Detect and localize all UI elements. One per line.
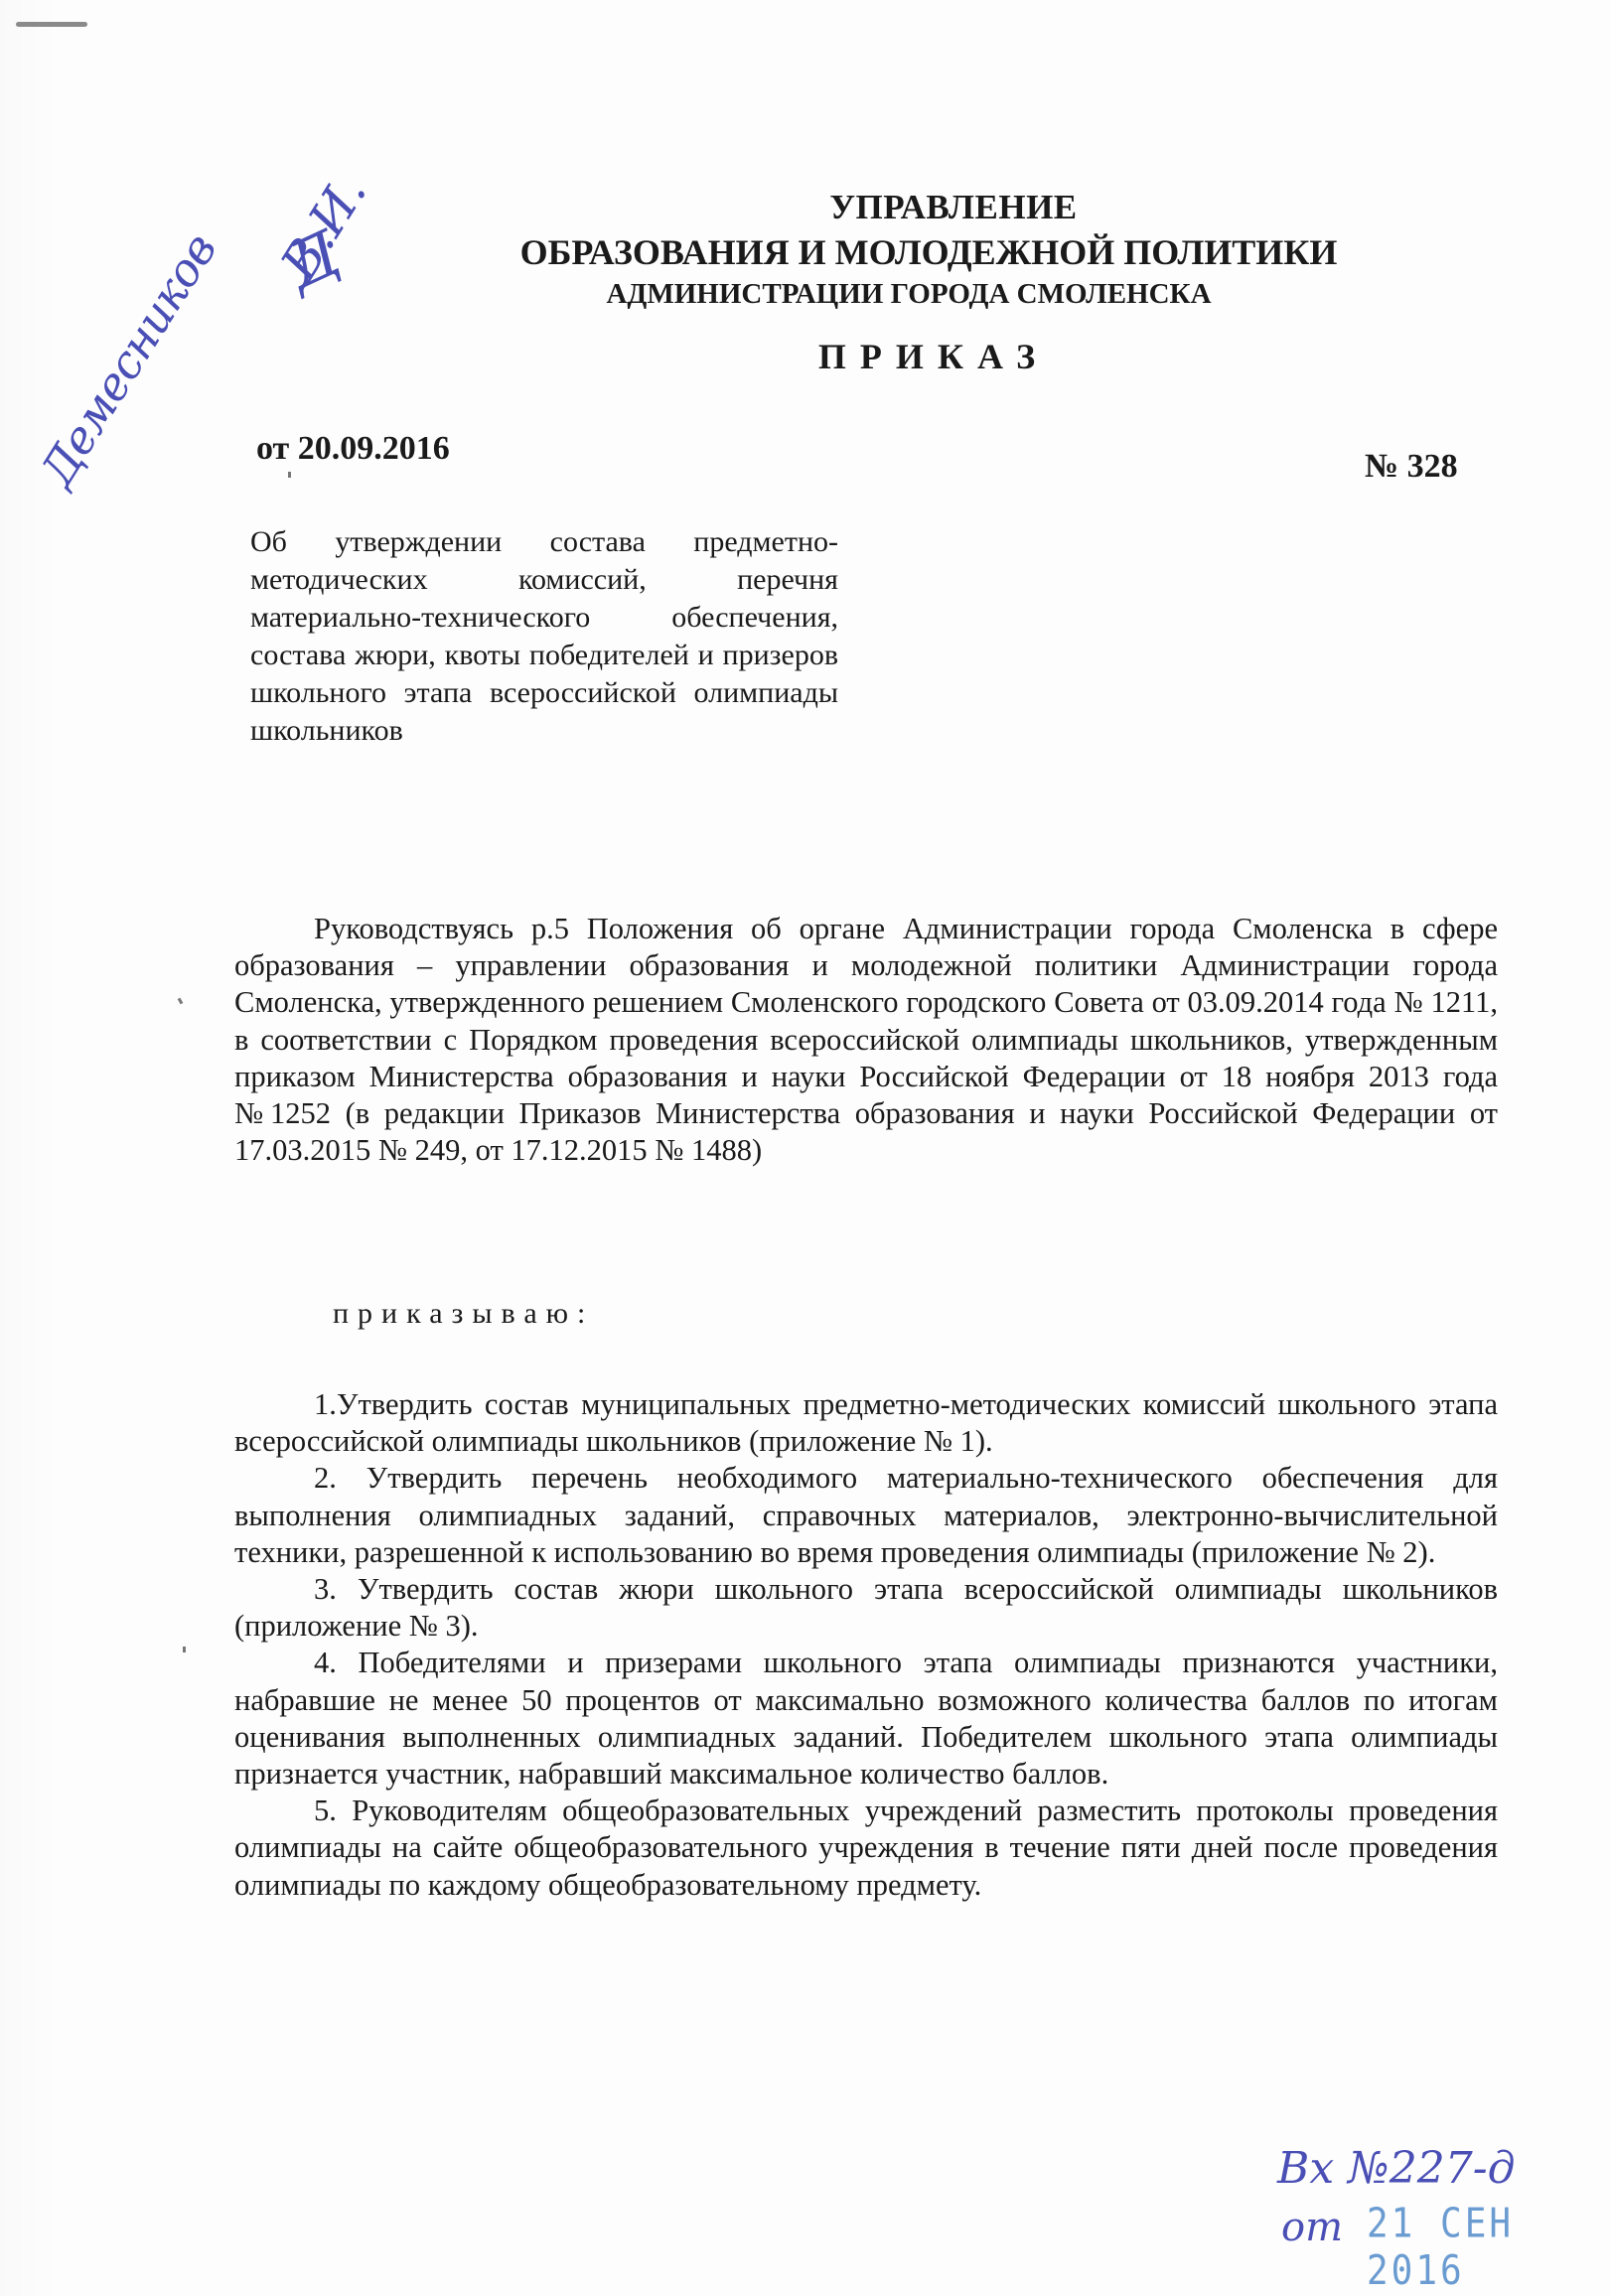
handwritten-incoming-number: Вх №227-д [1277, 2143, 1516, 2194]
order-item: 1.Утвердить состав муниципальных предмет… [234, 1386, 1498, 1460]
header-department: УПРАВЛЕНИЕ [397, 185, 1390, 230]
scan-speck [178, 998, 184, 1005]
order-item: 4. Победителями и призерами школьного эт… [234, 1645, 1498, 1793]
header-administration: АДМИНИСТРАЦИИ ГОРОДА СМОЛЕНСКА [397, 274, 1390, 314]
header-department-scope: ОБРАЗОВАНИЯ И МОЛОДЕЖНОЙ ПОЛИТИКИ [397, 230, 1390, 274]
handwritten-resolution-name: Демесников [30, 224, 226, 496]
handwritten-from-label: от [1281, 2205, 1343, 2250]
order-date: от 20.09.2016 [256, 430, 450, 468]
decree-word: приказываю: [333, 1297, 594, 1331]
order-item: 3. Утвердить состав жюри школьного этапа… [234, 1571, 1498, 1645]
order-subject: Об утверждении состава предметно-методич… [250, 523, 838, 750]
received-date-stamp: 21 СЕН 2016 [1367, 2201, 1599, 2294]
order-item: 5. Руководителям общеобразовательных учр… [234, 1793, 1498, 1904]
staple-mark [16, 22, 87, 27]
document-header: УПРАВЛЕНИЕ ОБРАЗОВАНИЯ И МОЛОДЕЖНОЙ ПОЛИ… [397, 185, 1390, 314]
incoming-registration-stamp: Вх №227-д от 21 СЕН 2016 [1261, 2135, 1599, 2274]
scan-speck [288, 472, 291, 478]
preamble-paragraph: Руководствуясь р.5 Положения об органе А… [234, 911, 1498, 1169]
order-title: ПРИКАЗ [397, 336, 1390, 377]
scan-speck [183, 1647, 186, 1652]
preamble: Руководствуясь р.5 Положения об органе А… [234, 911, 1498, 1169]
document-page: Демесников В.И. Д УПРАВЛЕНИЕ ОБРАЗОВАНИЯ… [0, 0, 1610, 2296]
order-number: № 328 [1365, 448, 1458, 486]
order-items: 1.Утвердить состав муниципальных предмет… [234, 1386, 1498, 1904]
order-item: 2. Утвердить перечень необходимого матер… [234, 1460, 1498, 1571]
